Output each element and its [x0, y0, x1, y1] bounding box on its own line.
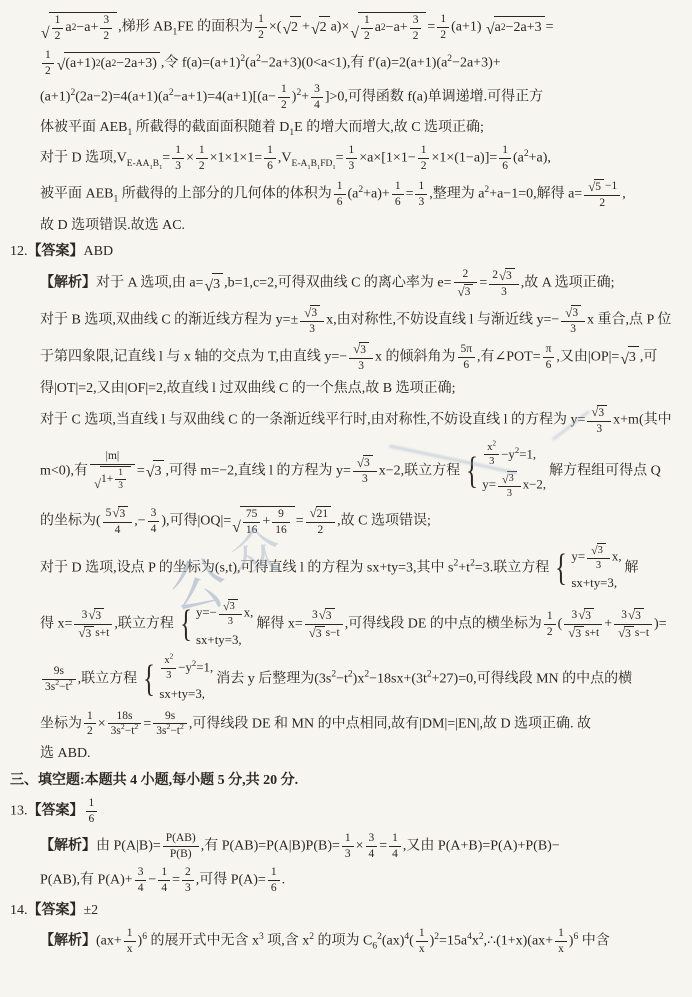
solution-line: 14.【答案】±2 [8, 901, 684, 921]
solution-line: 对于 B 选项,双曲线 C 的渐近线方程为 y=±√33x,由对称性,不妨设直线… [8, 305, 684, 336]
solution-line: 的坐标为(5√34,−34),可得|OQ|=√7516+916=√212,故 C… [8, 506, 684, 537]
solution-line: 选 ABD. [8, 744, 684, 764]
solution-line: 【解析】对于 A 选项,由 a=√3,b=1,c=2,可得双曲线 C 的离心率为… [8, 268, 684, 299]
solution-line: 13.【答案】16 [8, 797, 684, 826]
solution-line: 于第四象限,记直线 l 与 x 轴的交点为 T,由直线 y=−√33x 的倾斜角… [8, 342, 684, 373]
solution-line: 得 x=3√3√3s+t,联立方程{y=−√33x,sx+ty=3,解得 x=3… [8, 599, 684, 649]
solution-lines: √12a2−a+32,梯形 AB1FE 的面积为12×(√2+√2a)×√12a… [0, 0, 692, 966]
solution-line: 得|OT|=2,又由|OF|=2,故直线 l 过双曲线 C 的一个焦点,故 B … [8, 379, 684, 399]
solution-line: 【解析】(ax+1x)6 的展开式中无含 x3 项,含 x2 的项为 C62(a… [8, 927, 684, 956]
solution-line: 【解析】由 P(A|B)=P(AB)P(B),有 P(AB)=P(A|B)P(B… [8, 832, 684, 861]
solution-line: √12a2−a+32,梯形 AB1FE 的面积为12×(√2+√2a)×√12a… [8, 12, 684, 43]
solution-line: P(AB),有 P(A)+34−14=23,可得 P(A)=16. [8, 866, 684, 895]
solution-line: 三、填空题:本题共 4 小题,每小题 5 分,共 20 分. [8, 771, 684, 791]
solution-line: 对于 D 选项,VE-AA1B1=13×12×1×1×1=16,VE-A1B1F… [8, 144, 684, 173]
document-page: √12a2−a+32,梯形 AB1FE 的面积为12×(√2+√2a)×√12a… [0, 0, 692, 997]
solution-line: 坐标为12×18s3s2−t2=9s3s2−t2,可得线段 DE 和 MN 的中… [8, 710, 684, 739]
solution-line: 体被平面 AEB1 所截得的截面面积随着 D1E 的增大而增大,故 C 选项正确… [8, 118, 684, 138]
solution-line: 12√(a+1)2(a2−2a+3),令 f(a)=(a+1)2(a2−2a+3… [8, 49, 684, 78]
solution-line: (a+1)2(2a−2)=4(a+1)(a2−a+1)=4(a+1)[(a−12… [8, 83, 684, 112]
solution-line: 对于 D 选项,设点 P 的坐标为(s,t),可得直线 l 的方程为 sx+ty… [8, 543, 684, 593]
solution-line: 故 D 选项错误.故选 AC. [8, 216, 684, 236]
solution-line: 12.【答案】ABD [8, 242, 684, 262]
solution-line: 对于 C 选项,当直线 l 与双曲线 C 的一条渐近线平行时,由对称性,不妨设直… [8, 405, 684, 436]
solution-line: 9s3s2−t2,联立方程{x23−y2=1,sx+ty=3,消去 y 后整理为… [8, 655, 684, 703]
solution-line: m<0),有|m|√1+13=√3,可得 m=−2,直线 l 的方程为 y=√3… [8, 442, 684, 500]
solution-line: 被平面 AEB1 所截得的上部分的几何体的体积为16(a2+a)+16=13,整… [8, 179, 684, 210]
